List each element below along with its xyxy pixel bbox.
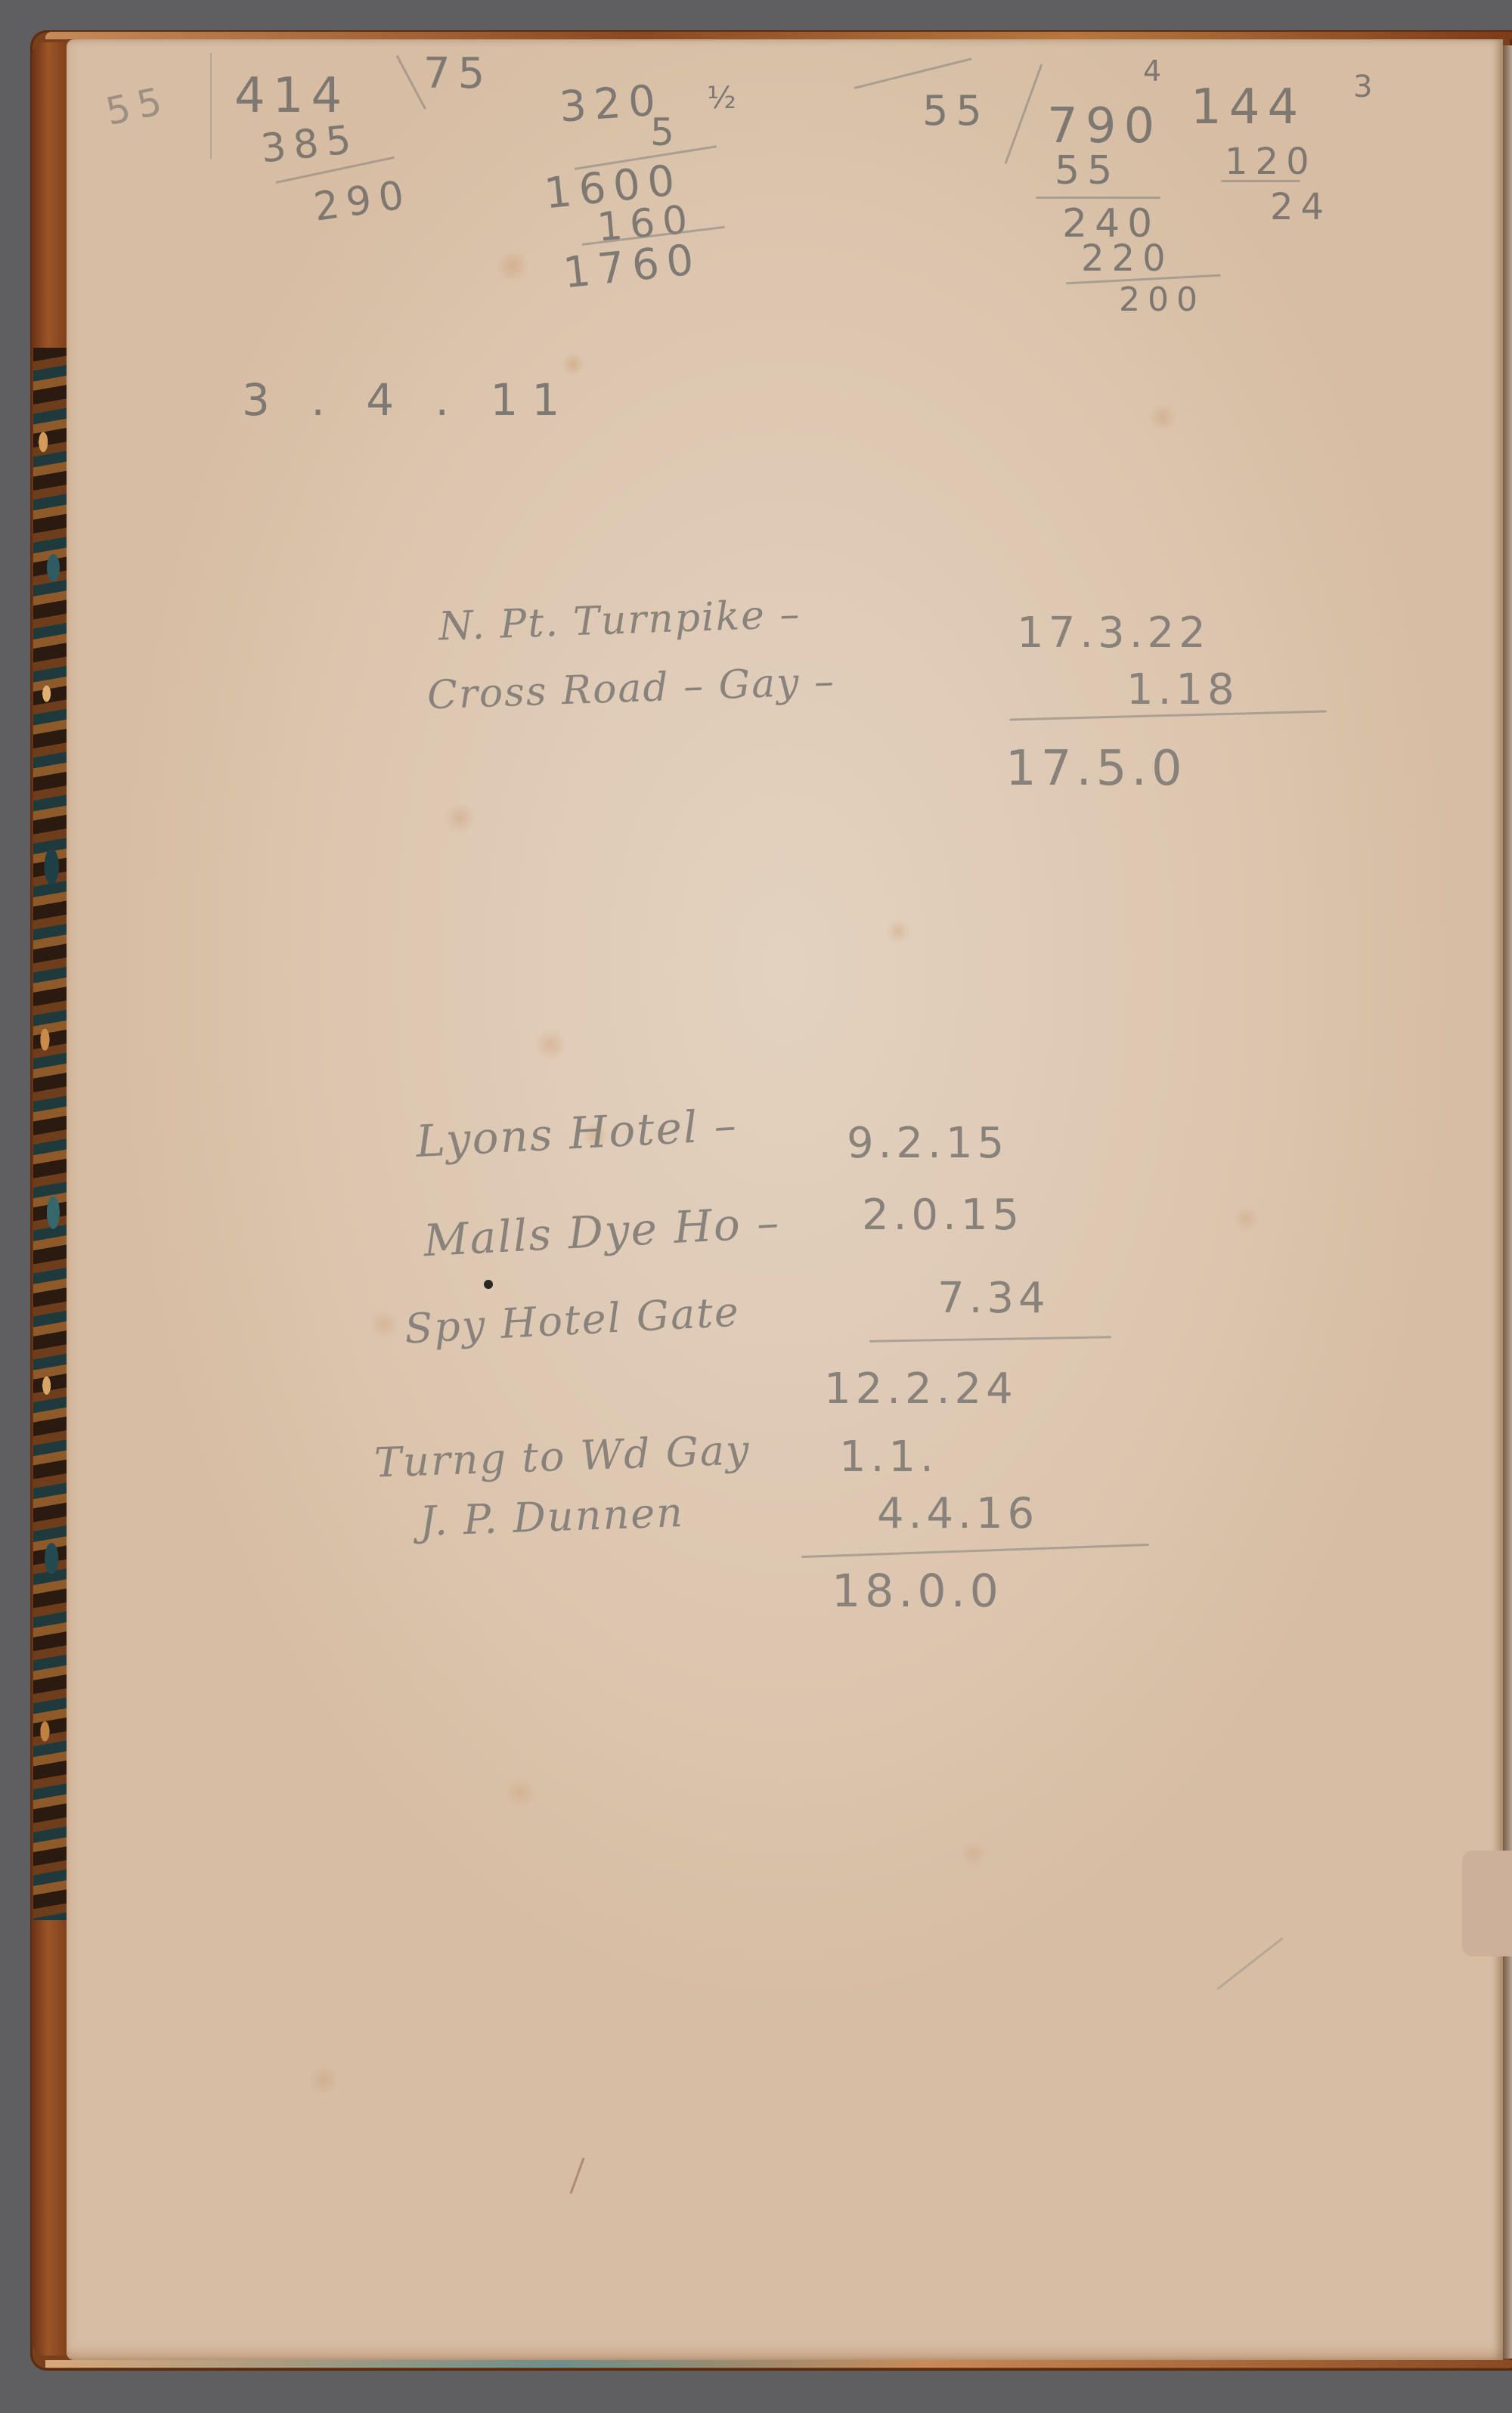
- ledger-2-row-amount: 4.4.16: [877, 1493, 1039, 1535]
- calc3-divisor: 55: [922, 91, 990, 132]
- margin-rule: [210, 53, 212, 159]
- ledger-1-row-amount: 1.18: [1126, 669, 1239, 711]
- calc3-quotient-note: 3: [1353, 72, 1380, 102]
- calc3-quotient: 144: [1191, 83, 1306, 132]
- calc1-divisor-note: 75: [423, 53, 492, 95]
- ink-spot: [484, 1280, 493, 1289]
- calc1-dividend: 414: [234, 72, 349, 120]
- date-note: 3 . 4 . 11: [242, 378, 573, 422]
- calc3-rule-1: [1036, 197, 1160, 199]
- ledger-2-subtotal: 12.2.24: [824, 1368, 1018, 1411]
- calc3-side-subtrahend: 120: [1225, 144, 1317, 180]
- calc3-remainder: 200: [1119, 283, 1205, 317]
- ledger-2-row-amount: 9.2.15: [847, 1123, 1009, 1165]
- ledger-2-row-label: J. P. Dunnen: [419, 1492, 685, 1542]
- calc3-step1: 55: [1055, 151, 1120, 190]
- ledger-2-row-amount: 7.34: [937, 1278, 1050, 1320]
- ledger-2-total: 18.0.0: [832, 1569, 1003, 1614]
- calc2-multiplier: 5: [650, 113, 682, 151]
- ledger-1-row-label: N. Pt. Turnpike –: [438, 595, 801, 647]
- page-edge-tab: [1462, 1851, 1512, 1956]
- marbled-paper-strip: [33, 348, 67, 1920]
- ledger-2-row-amount: 2.0.15: [862, 1194, 1024, 1237]
- calc3-dividend: 790: [1047, 102, 1162, 150]
- ledger-1-total: 17.5.0: [1005, 745, 1187, 793]
- cover-top-edge: [45, 32, 1512, 39]
- calc3-side-result: 24: [1270, 189, 1331, 225]
- page-fore-edge: [1503, 45, 1512, 2359]
- calc3-superscript: 4: [1143, 57, 1169, 85]
- ledger-2-row-amount: 1.1.: [839, 1436, 938, 1479]
- calc3-step3: 220: [1081, 240, 1173, 277]
- calc2-top: 320: [558, 79, 664, 129]
- calc3-rule-3: [1221, 180, 1300, 182]
- cover-bottom-edge: [45, 2360, 1512, 2368]
- calc2-fraction: ½: [707, 83, 744, 113]
- ledger-1-row-amount: 17.3.22: [1017, 612, 1210, 655]
- calc1-subtrahend: 385: [259, 119, 361, 169]
